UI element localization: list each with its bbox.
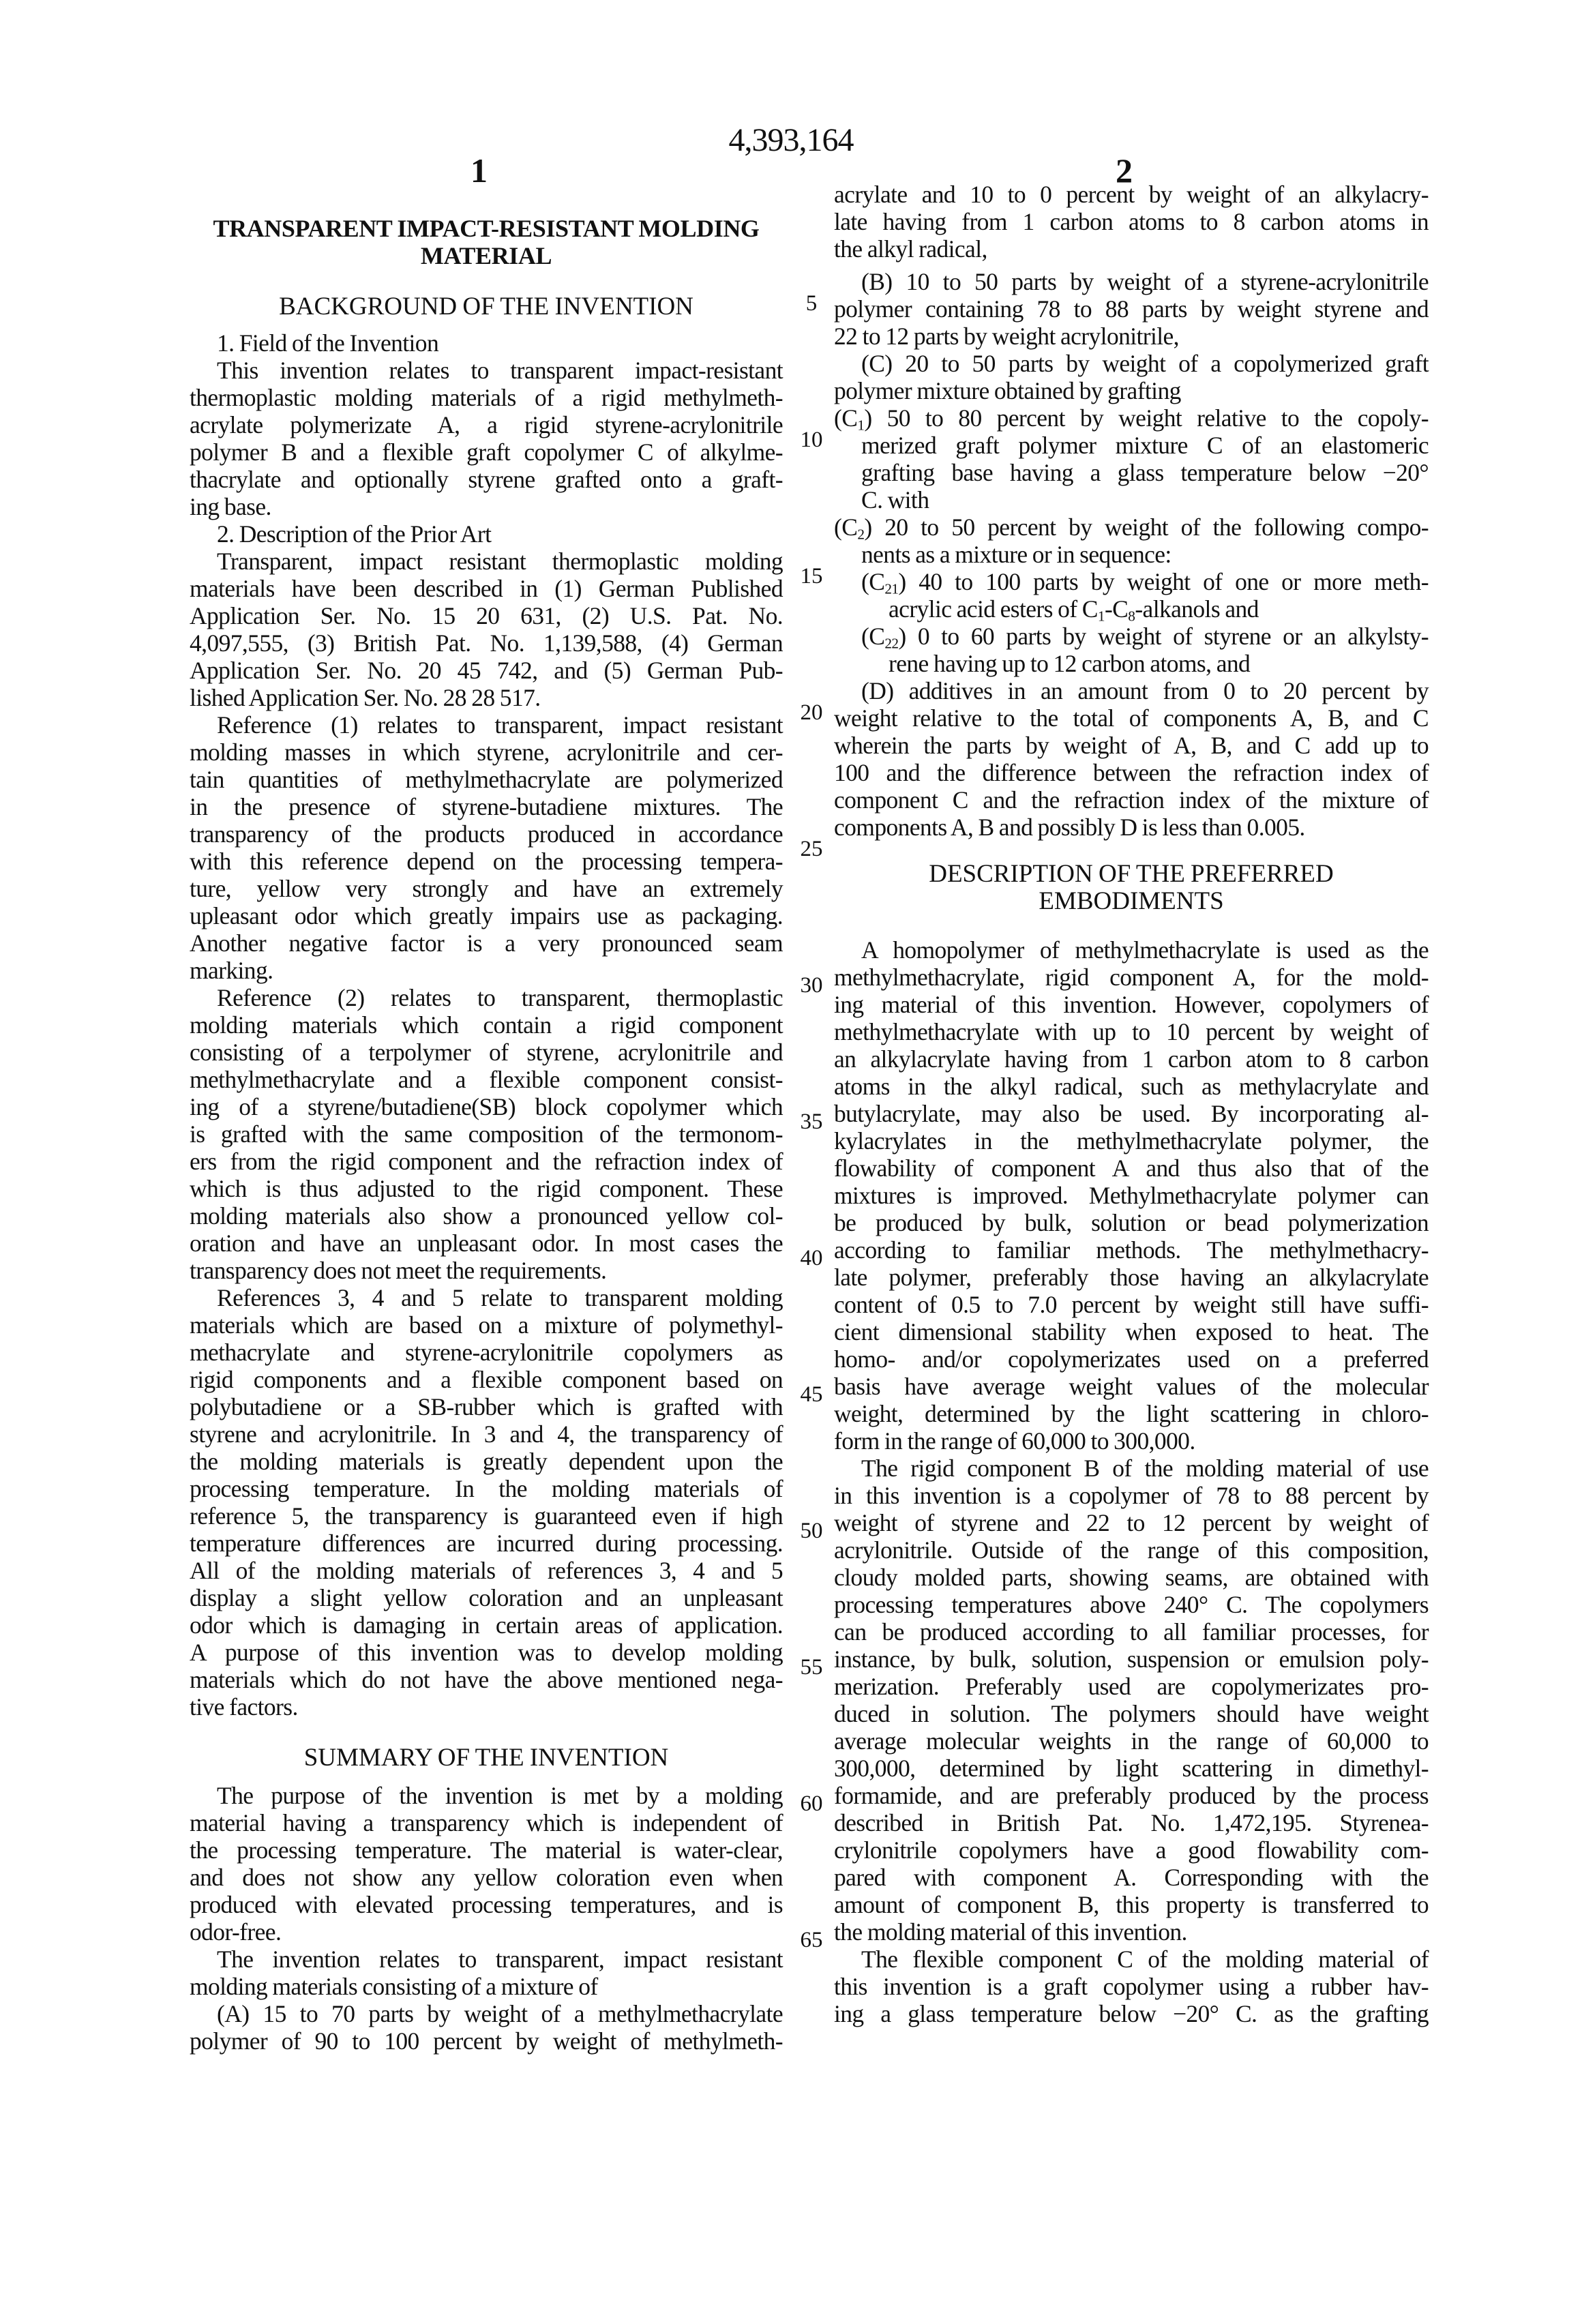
text-line: This invention relates to transparent im… bbox=[217, 357, 783, 384]
text-line: polybutadiene or a SB-rubber which is gr… bbox=[190, 1393, 783, 1420]
text-line: atoms in the alkyl radical, such as meth… bbox=[834, 1073, 1429, 1100]
text-line: Reference (2) relates to transparent, th… bbox=[217, 984, 783, 1011]
text-line: (C21) 40 to 100 parts by weight of one o… bbox=[861, 568, 1429, 595]
text-line: in this invention is a copolymer of 78 t… bbox=[834, 1482, 1429, 1509]
line-number: 40 bbox=[792, 1245, 831, 1272]
section-heading: DESCRIPTION OF THE PREFERRED bbox=[834, 861, 1429, 888]
text-line: 4,097,555, (3) British Pat. No. 1,139,58… bbox=[190, 629, 783, 657]
text-line: materials which are based on a mixture o… bbox=[190, 1311, 783, 1339]
text-line: according to familiar methods. The methy… bbox=[834, 1236, 1429, 1264]
text-line: (C2) 20 to 50 percent by weight of the f… bbox=[834, 513, 1429, 541]
text-line: basis have average weight values of the … bbox=[834, 1373, 1429, 1400]
text-line: methylmethacrylate and a flexible compon… bbox=[190, 1066, 783, 1093]
text-line: grafting base having a glass temperature… bbox=[861, 459, 1429, 486]
line-number: 55 bbox=[792, 1654, 831, 1681]
text-line: ing material of this invention. However,… bbox=[834, 991, 1429, 1018]
text-line: The rigid component B of the molding mat… bbox=[861, 1455, 1429, 1482]
line-number: 50 bbox=[792, 1517, 831, 1545]
text-line: (A) 15 to 70 parts by weight of a methyl… bbox=[217, 2000, 783, 2027]
line-number: 10 bbox=[792, 426, 831, 453]
text-line: thermoplastic molding materials of a rig… bbox=[190, 384, 783, 411]
text-line: molding materials which contain a rigid … bbox=[190, 1011, 783, 1039]
text-line: The purpose of the invention is met by a… bbox=[217, 1782, 783, 1809]
text-line: formamide, and are preferably produced b… bbox=[834, 1782, 1429, 1809]
text-line: processing temperatures above 240° C. Th… bbox=[834, 1591, 1429, 1618]
text-line: polymer mixture obtained by grafting bbox=[834, 377, 1429, 404]
text-line: weight of styrene and 22 to 12 percent b… bbox=[834, 1509, 1429, 1536]
text-line: mixtures is improved. Methylmethacrylate… bbox=[834, 1182, 1429, 1209]
text-line: (D) additives in an amount from 0 to 20 … bbox=[861, 677, 1429, 704]
text-line: pared with component A. Corresponding wi… bbox=[834, 1864, 1429, 1891]
text-line: ing base. bbox=[190, 493, 783, 520]
line-number: 30 bbox=[792, 972, 831, 999]
text-line: materials have been described in (1) Ger… bbox=[190, 575, 783, 602]
text-line: temperature differences are incurred dur… bbox=[190, 1530, 783, 1557]
text-line: be produced by bulk, solution or bead po… bbox=[834, 1209, 1429, 1236]
text-line: crylonitrile copolymers have a good flow… bbox=[834, 1836, 1429, 1864]
text-line: display a slight yellow coloration and a… bbox=[190, 1584, 783, 1611]
line-number: 5 bbox=[792, 290, 831, 317]
text-line: rene having up to 12 carbon atoms, and bbox=[889, 650, 1429, 677]
text-line: amount of component B, this property is … bbox=[834, 1891, 1429, 1918]
text-line: ers from the rigid component and the ref… bbox=[190, 1148, 783, 1175]
text-line: wherein the parts by weight of A, B, and… bbox=[834, 732, 1429, 759]
text-line: rigid components and a flexible componen… bbox=[190, 1366, 783, 1393]
text-line: 22 to 12 parts by weight acrylonitrile, bbox=[834, 323, 1429, 350]
text-line: Reference (1) relates to transparent, im… bbox=[217, 711, 783, 739]
text-line: and does not show any yellow coloration … bbox=[190, 1864, 783, 1891]
text-line: acrylic acid esters of C1-C8-alkanols an… bbox=[889, 595, 1429, 623]
text-line: tive factors. bbox=[190, 1693, 783, 1720]
text-line: the processing temperature. The material… bbox=[190, 1836, 783, 1864]
text-line: C. with bbox=[861, 486, 1429, 513]
text-line: weight relative to the total of componen… bbox=[834, 704, 1429, 732]
line-number: 20 bbox=[792, 699, 831, 726]
text-line: polymer containing 78 to 88 parts by wei… bbox=[834, 295, 1429, 323]
text-line: average molecular weights in the range o… bbox=[834, 1727, 1429, 1755]
text-line: late having from 1 carbon atoms to 8 car… bbox=[834, 208, 1429, 235]
text-line: which is thus adjusted to the rigid comp… bbox=[190, 1175, 783, 1202]
text-line: molding materials consisting of a mixtur… bbox=[190, 1973, 783, 2000]
line-number: 65 bbox=[792, 1926, 831, 1954]
text-line: molding materials also show a pronounced… bbox=[190, 1202, 783, 1230]
text-line: content of 0.5 to 7.0 percent by weight … bbox=[834, 1291, 1429, 1318]
text-line: nents as a mixture or in sequence: bbox=[861, 541, 1429, 568]
text-line: kylacrylates in the methylmethacrylate p… bbox=[834, 1127, 1429, 1154]
text-line: polymer B and a flexible graft copolymer… bbox=[190, 438, 783, 466]
text-line: A purpose of this invention was to devel… bbox=[190, 1639, 783, 1666]
text-line: 100 and the difference between the refra… bbox=[834, 759, 1429, 786]
text-line: processing temperature. In the molding m… bbox=[190, 1475, 783, 1502]
text-line: odor which is damaging in certain areas … bbox=[190, 1611, 783, 1639]
text-line: consisting of a terpolymer of styrene, a… bbox=[190, 1039, 783, 1066]
patent-number: 4,393,164 bbox=[0, 121, 1582, 160]
line-number: 60 bbox=[792, 1790, 831, 1817]
text-line: transparency does not meet the requireme… bbox=[190, 1257, 783, 1284]
text-line: polymer of 90 to 100 percent by weight o… bbox=[190, 2027, 783, 2055]
text-line: merization. Preferably used are copolyme… bbox=[834, 1673, 1429, 1700]
text-line: the molding material of this invention. bbox=[834, 1918, 1429, 1946]
text-line: ture, yellow very strongly and have an e… bbox=[190, 875, 783, 902]
text-line: styrene and acrylonitrile. In 3 and 4, t… bbox=[190, 1420, 783, 1448]
text-line: instance, by bulk, solution, suspension … bbox=[834, 1645, 1429, 1673]
text-line: lished Application Ser. No. 28 28 517. bbox=[190, 684, 783, 711]
text-line: Application Ser. No. 20 45 742, and (5) … bbox=[190, 657, 783, 684]
text-line: produced with elevated processing temper… bbox=[190, 1891, 783, 1918]
text-line: cloudy molded parts, showing seams, are … bbox=[834, 1564, 1429, 1591]
line-number: 25 bbox=[792, 835, 831, 863]
text-line: The flexible component C of the molding … bbox=[861, 1946, 1429, 1973]
text-line: Transparent, impact resistant thermoplas… bbox=[217, 548, 783, 575]
text-line: Application Ser. No. 15 20 631, (2) U.S.… bbox=[190, 602, 783, 629]
text-line: tain quantities of methylmethacrylate ar… bbox=[190, 766, 783, 793]
text-line: form in the range of 60,000 to 300,000. bbox=[834, 1427, 1429, 1455]
text-line: (C) 20 to 50 parts by weight of a copoly… bbox=[861, 350, 1429, 377]
text-line: molding masses in which styrene, acrylon… bbox=[190, 739, 783, 766]
text-line: the molding materials is greatly depende… bbox=[190, 1448, 783, 1475]
text-line: methacrylate and styrene-acrylonitrile c… bbox=[190, 1339, 783, 1366]
text-line: can be produced according to all familia… bbox=[834, 1618, 1429, 1645]
text-line: with this reference depend on the proces… bbox=[190, 848, 783, 875]
text-line: transparency of the products produced in… bbox=[190, 820, 783, 848]
text-line: flowability of component A and thus also… bbox=[834, 1154, 1429, 1182]
line-number: 15 bbox=[792, 563, 831, 590]
section-heading: BACKGROUND OF THE INVENTION bbox=[190, 293, 783, 321]
line-number: 45 bbox=[792, 1381, 831, 1408]
text-line: reference 5, the transparency is guarant… bbox=[190, 1502, 783, 1530]
text-line: butylacrylate, may also be used. By inco… bbox=[834, 1100, 1429, 1127]
text-line: 300,000, determined by light scattering … bbox=[834, 1755, 1429, 1782]
text-line: this invention is a graft copolymer usin… bbox=[834, 1973, 1429, 2000]
text-line: weight, determined by the light scatteri… bbox=[834, 1400, 1429, 1427]
text-line: (B) 10 to 50 parts by weight of a styren… bbox=[861, 268, 1429, 295]
text-line: methylmethacrylate with up to 10 percent… bbox=[834, 1018, 1429, 1045]
section-heading: EMBODIMENTS bbox=[834, 888, 1429, 915]
text-line: oration and have an unpleasant odor. In … bbox=[190, 1230, 783, 1257]
text-line: A homopolymer of methylmethacrylate is u… bbox=[861, 936, 1429, 964]
text-line: methylmethacrylate, rigid component A, f… bbox=[834, 964, 1429, 991]
text-line: 1. Field of the Invention bbox=[217, 329, 783, 357]
text-line: materials which do not have the above me… bbox=[190, 1666, 783, 1693]
text-line: References 3, 4 and 5 relate to transpar… bbox=[217, 1284, 783, 1311]
text-line: marking. bbox=[190, 957, 783, 984]
text-line: components A, B and possibly D is less t… bbox=[834, 814, 1429, 841]
text-line: acrylonitrile. Outside of the range of t… bbox=[834, 1536, 1429, 1564]
text-line: described in British Pat. No. 1,472,195.… bbox=[834, 1809, 1429, 1836]
text-line: Another negative factor is a very pronou… bbox=[190, 929, 783, 957]
text-line: acrylate and 10 to 0 percent by weight o… bbox=[834, 181, 1429, 208]
text-line: the alkyl radical, bbox=[834, 235, 1429, 263]
text-line: The invention relates to transparent, im… bbox=[217, 1946, 783, 1973]
text-line: (C22) 0 to 60 parts by weight of styrene… bbox=[861, 623, 1429, 650]
text-line: homo- and/or copolymerizates used on a p… bbox=[834, 1345, 1429, 1373]
text-line: duced in solution. The polymers should h… bbox=[834, 1700, 1429, 1727]
text-line: upleasant odor which greatly impairs use… bbox=[190, 902, 783, 929]
text-line: material having a transparency which is … bbox=[190, 1809, 783, 1836]
text-line: merized graft polymer mixture C of an el… bbox=[861, 432, 1429, 459]
section-heading: SUMMARY OF THE INVENTION bbox=[190, 1744, 783, 1772]
text-line: ing of a styrene/butadiene(SB) block cop… bbox=[190, 1093, 783, 1120]
section-heading: MATERIAL bbox=[190, 242, 783, 269]
section-heading: TRANSPARENT IMPACT-RESISTANT MOLDING bbox=[190, 215, 783, 242]
text-line: odor-free. bbox=[190, 1918, 783, 1946]
text-line: thacrylate and optionally styrene grafte… bbox=[190, 466, 783, 493]
text-line: acrylate polymerizate A, a rigid styrene… bbox=[190, 411, 783, 438]
line-number: 35 bbox=[792, 1108, 831, 1135]
text-line: component C and the refraction index of … bbox=[834, 786, 1429, 814]
text-line: 2. Description of the Prior Art bbox=[217, 520, 783, 548]
text-line: an alkylacrylate having from 1 carbon at… bbox=[834, 1045, 1429, 1073]
text-line: late polymer, preferably those having an… bbox=[834, 1264, 1429, 1291]
text-line: (C1) 50 to 80 percent by weight relative… bbox=[834, 404, 1429, 432]
text-line: ing a glass temperature below −20° C. as… bbox=[834, 2000, 1429, 2027]
text-line: All of the molding materials of referenc… bbox=[190, 1557, 783, 1584]
text-line: in the presence of styrene-butadiene mix… bbox=[190, 793, 783, 820]
column-number-left: 1 bbox=[471, 151, 488, 190]
text-line: is grafted with the same composition of … bbox=[190, 1120, 783, 1148]
text-line: cient dimensional stability when exposed… bbox=[834, 1318, 1429, 1345]
